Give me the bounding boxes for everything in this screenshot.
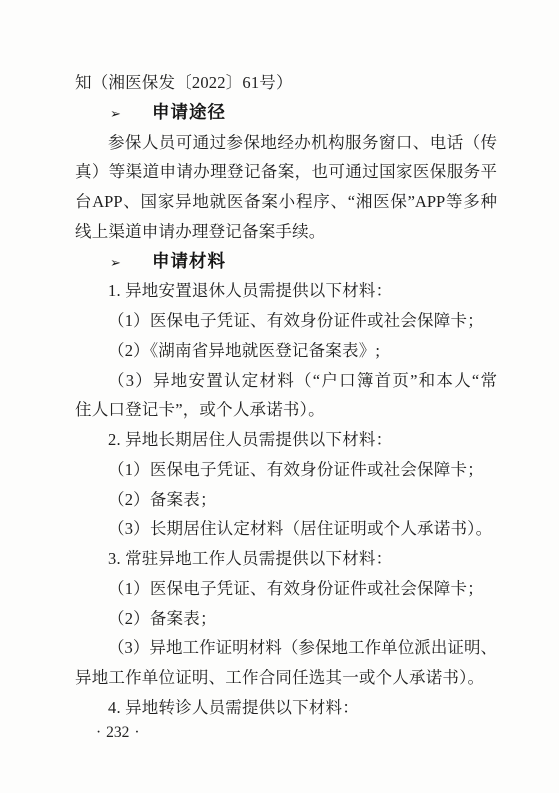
heading-application-channel: ➢申请途径 xyxy=(75,98,497,128)
list-item-2: 2. 异地长期居住人员需提供以下材料： xyxy=(75,425,497,455)
list-item-3-3: （3）异地工作证明材料（参保地工作单位派出证明、 xyxy=(75,633,497,663)
para-intro-line-3: 台APP、国家异地就医备案小程序、“湘医保”APP等多种 xyxy=(75,187,497,217)
list-item-1: 1. 异地安置退休人员需提供以下材料： xyxy=(75,276,497,306)
list-item-4: 4. 异地转诊人员需提供以下材料： xyxy=(75,693,497,723)
page-body-text: 知（湘医保发〔2022〕61号） ➢申请途径 参保人员可通过参保地经办机构服务窗… xyxy=(75,68,497,723)
arrow-right-bullet-icon: ➢ xyxy=(110,248,152,278)
list-item-2-2: （2）备案表； xyxy=(75,485,497,515)
heading-label: 申请途径 xyxy=(152,102,226,122)
heading-label: 申请材料 xyxy=(152,251,226,271)
page-number: ·232· xyxy=(91,724,145,742)
page-number-right-dot: · xyxy=(134,724,139,741)
list-item-3: 3. 常驻异地工作人员需提供以下材料： xyxy=(75,544,497,574)
list-item-2-1: （1）医保电子凭证、有效身份证件或社会保障卡； xyxy=(75,455,497,485)
list-item-3-3-cont: 异地工作单位证明、工作合同任选其一或个人承诺书）。 xyxy=(75,663,497,693)
doc-number-line: 知（湘医保发〔2022〕61号） xyxy=(75,68,497,98)
arrow-right-bullet-icon: ➢ xyxy=(110,99,152,129)
list-item-2-3: （3）长期居住认定材料（居住证明或个人承诺书）。 xyxy=(75,514,497,544)
para-intro-line-4: 线上渠道申请办理登记备案手续。 xyxy=(75,217,497,247)
page-number-value: 232 xyxy=(106,724,129,741)
scanned-page: 知（湘医保发〔2022〕61号） ➢申请途径 参保人员可通过参保地经办机构服务窗… xyxy=(0,0,559,793)
page-number-left-dot: · xyxy=(96,724,101,741)
heading-application-materials: ➢申请材料 xyxy=(75,247,497,277)
list-item-1-2: （2）《湖南省异地就医登记备案表》; xyxy=(75,336,497,366)
list-item-3-1: （1）医保电子凭证、有效身份证件或社会保障卡； xyxy=(75,574,497,604)
list-item-1-3-cont: 住人口登记卡”，或个人承诺书）。 xyxy=(75,395,497,425)
para-intro-line-1: 参保人员可通过参保地经办机构服务窗口、电话（传 xyxy=(75,128,497,158)
list-item-1-1: （1）医保电子凭证、有效身份证件或社会保障卡； xyxy=(75,306,497,336)
list-item-1-3: （3）异地安置认定材料（“户口簿首页”和本人“常 xyxy=(75,366,497,396)
list-item-3-2: （2）备案表； xyxy=(75,604,497,634)
para-intro-line-2: 真）等渠道申请办理登记备案，也可通过国家医保服务平 xyxy=(75,157,497,187)
